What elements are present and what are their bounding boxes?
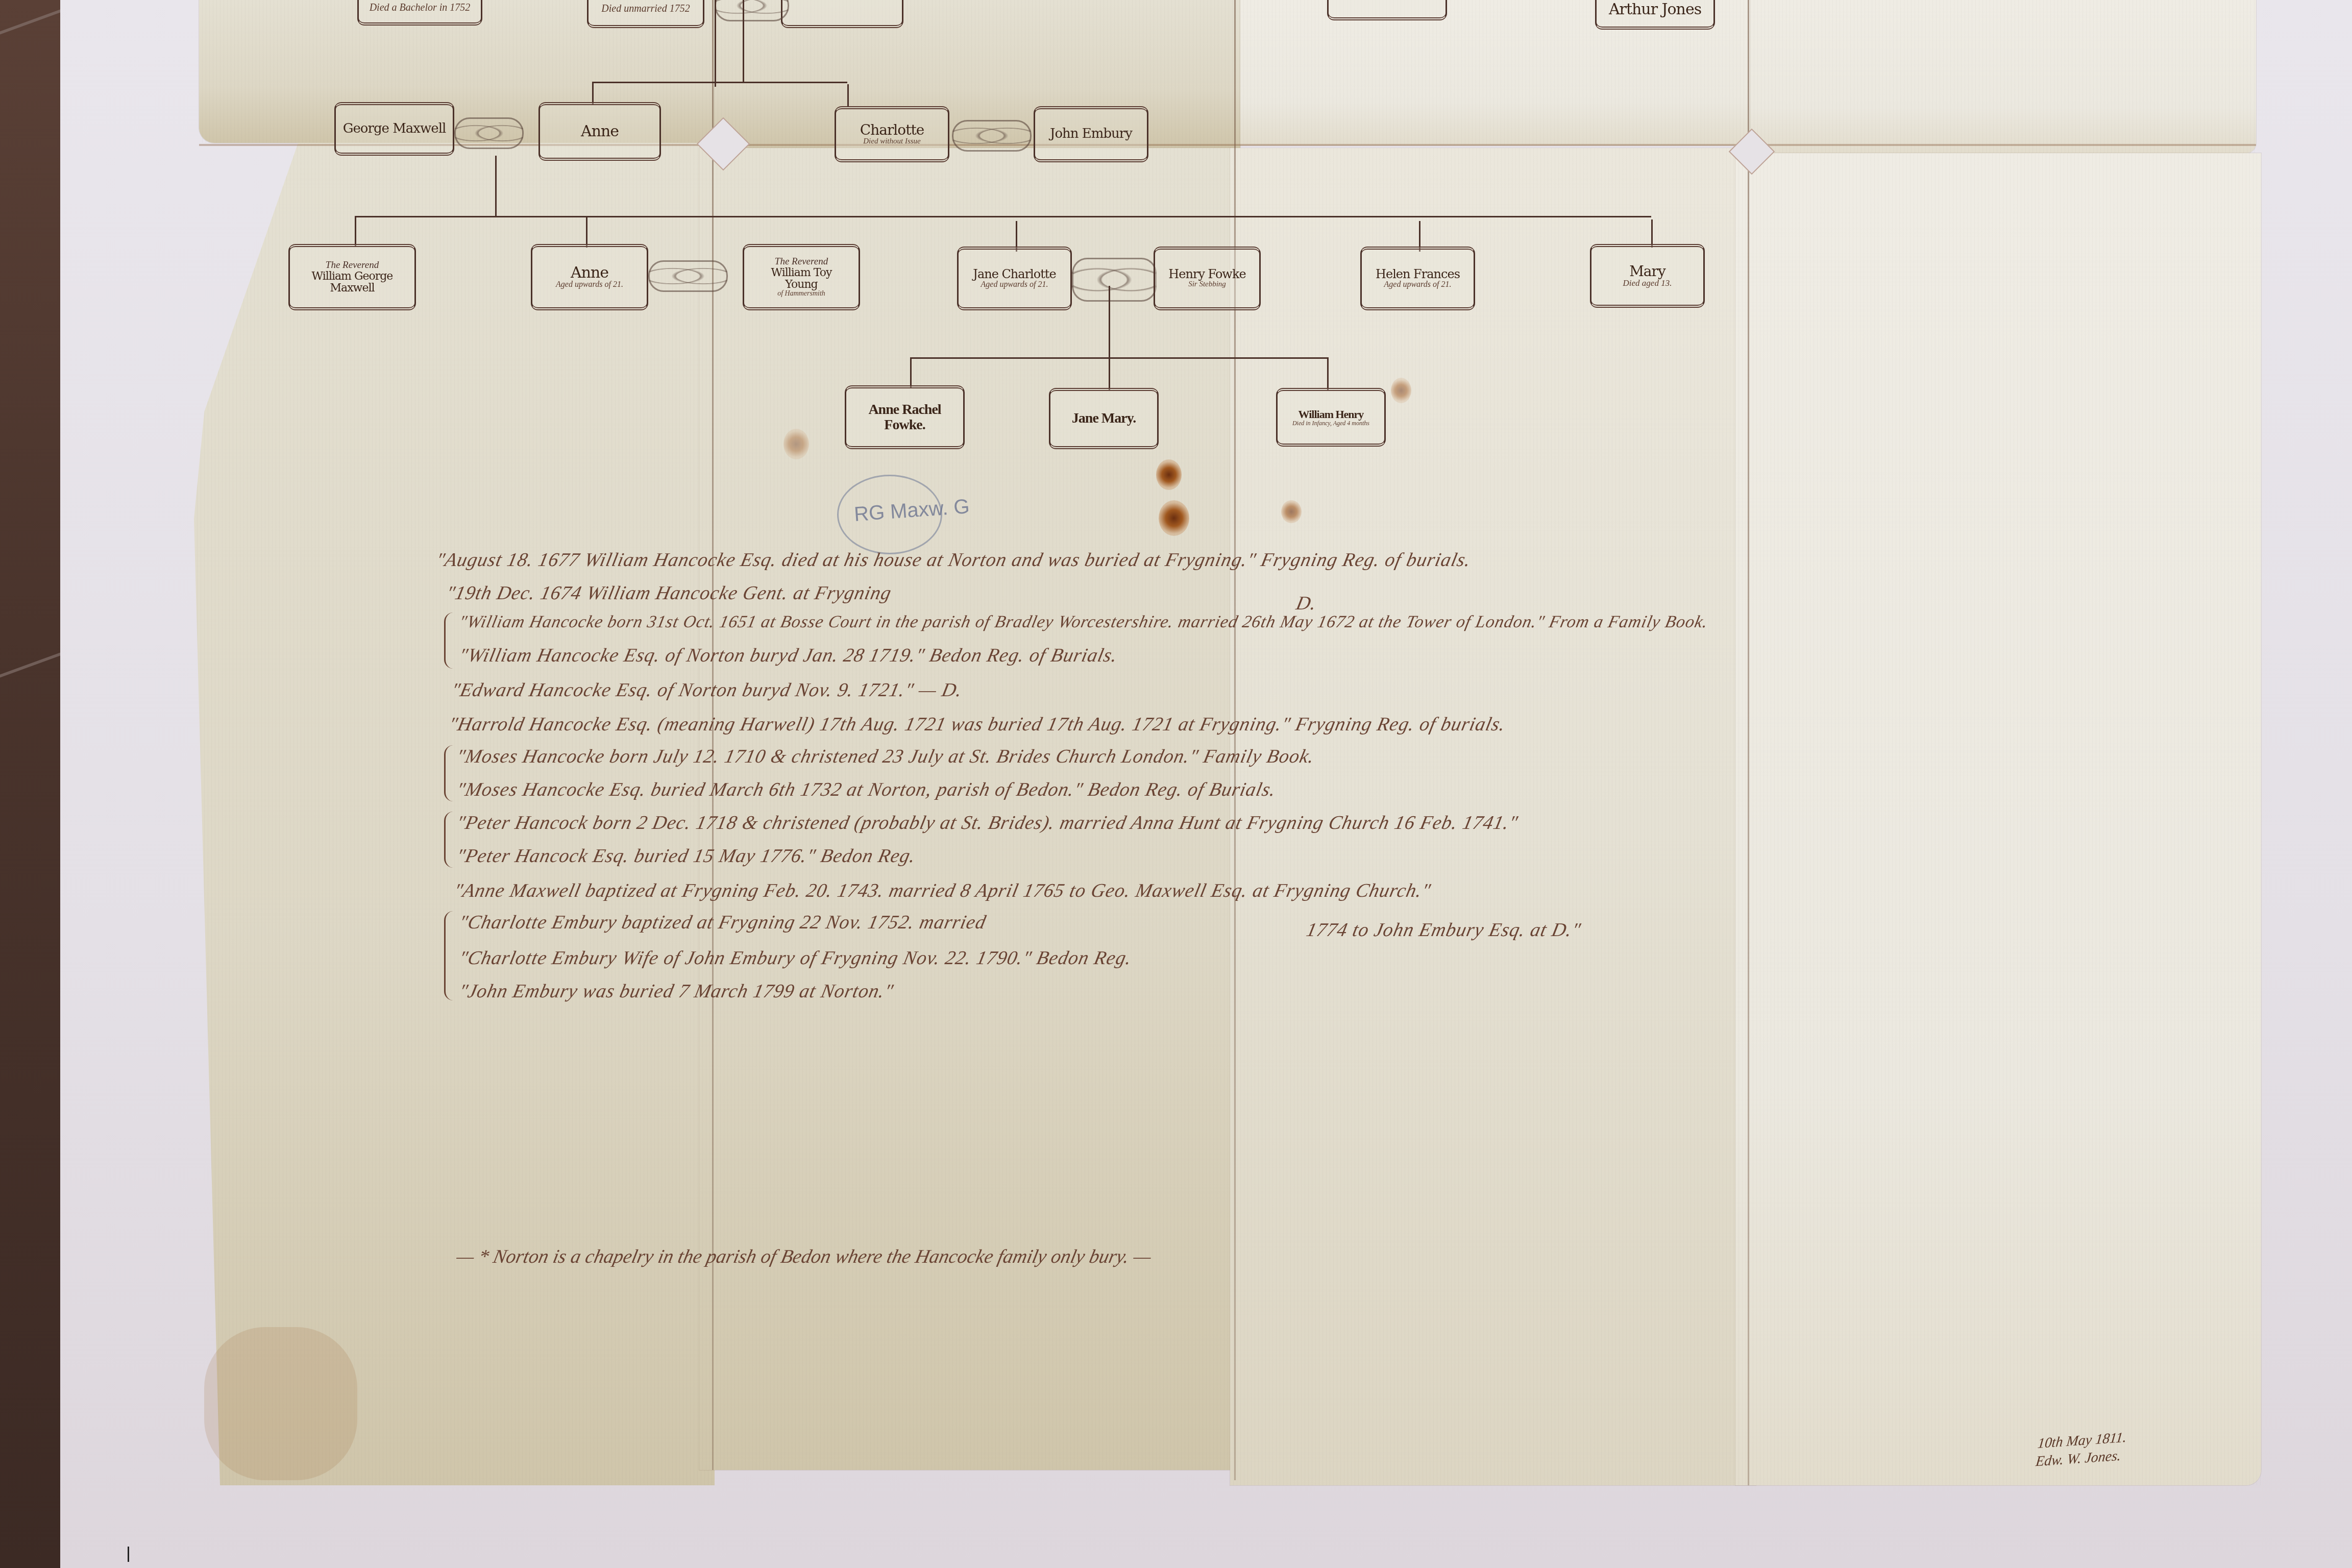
- marriage-knot-icon: [715, 0, 789, 21]
- person-note: of Hammersmith: [777, 290, 825, 298]
- tree-line: [715, 0, 716, 87]
- person-box: [781, 0, 903, 28]
- marriage-knot-icon: [648, 260, 728, 292]
- tree-line: [910, 357, 1329, 359]
- person-note: Aged upwards of 21.: [1384, 281, 1452, 289]
- fold-line: [1748, 0, 1749, 1485]
- paper-panel-top-4: [1751, 0, 2256, 153]
- person-note: Died in Infancy, Aged 4 months: [1292, 420, 1369, 427]
- brace: [444, 812, 454, 868]
- tree-line: [495, 156, 497, 217]
- person-name: Anne: [581, 124, 619, 140]
- person-box-anne: Anne: [538, 102, 661, 161]
- person-box: [1327, 0, 1447, 20]
- paper-panel-2: [699, 148, 1230, 1470]
- note-line: "John Embury was buried 7 March 1799 at …: [457, 980, 895, 1002]
- floor-tile-seam: [0, 10, 60, 35]
- person-note: Sir Stebbing: [1188, 281, 1226, 289]
- person-box: Arthur Jones: [1595, 0, 1715, 30]
- brace: [444, 745, 454, 801]
- person-box-john-embury: John Embury: [1034, 106, 1148, 162]
- person-box-anne-young: Anne Aged upwards of 21.: [531, 244, 648, 310]
- person-name: Helen Frances: [1376, 268, 1460, 281]
- note-line: "Moses Hancocke Esq. buried March 6th 17…: [454, 778, 1278, 801]
- tree-line: [355, 216, 1651, 217]
- person-box-mary: Mary Died aged 13.: [1590, 244, 1705, 308]
- person-name: John Embury: [1050, 127, 1132, 141]
- person-box-charlotte: Charlotte Died without Issue: [835, 106, 949, 162]
- tree-line: [743, 0, 744, 82]
- tree-line: [847, 84, 849, 107]
- floor-tile-seam: [0, 653, 60, 678]
- person-name: George Maxwell: [343, 122, 446, 136]
- person-box-jane-charlotte: Jane Charlotte Aged upwards of 21.: [957, 247, 1072, 310]
- person-name: William Henry: [1298, 408, 1364, 420]
- person-note: Died aged 13.: [1623, 279, 1672, 288]
- note-line: "Harrold Hancocke Esq. (meaning Harwell)…: [447, 713, 1507, 736]
- marriage-knot-icon: [1072, 258, 1157, 302]
- rust-stain: [1281, 500, 1302, 523]
- person-box-william-george-maxwell: The Reverend William George Maxwell: [288, 244, 416, 310]
- note-line: "William Hancocke Esq. of Norton buryd J…: [457, 644, 1119, 667]
- brace: [444, 911, 454, 1000]
- footnote: — * Norton is a chapelry in the parish o…: [454, 1245, 1153, 1268]
- tree-line: [910, 357, 912, 388]
- person-note: Died unmarried 1752: [601, 4, 690, 14]
- person-box-jane-mary: Jane Mary.: [1049, 388, 1159, 449]
- person-name: Anne: [571, 265, 608, 281]
- person-note: Died a Bachelor in 1752: [370, 3, 471, 13]
- paper-panel-4: [1735, 153, 2261, 1485]
- person-name: Mary: [1629, 264, 1665, 279]
- person-name: Anne Rachel Fowke.: [856, 402, 953, 432]
- note-line: "19th Dec. 1674 William Hancocke Gent. a…: [444, 582, 894, 604]
- signature-block: 10th May 1811. Edw. W. Jones.: [2035, 1429, 2127, 1471]
- person-box-william-toy-young: The Reverend William Toy Young of Hammer…: [743, 244, 860, 310]
- person-box: Died unmarried 1752: [587, 0, 704, 28]
- brace: [444, 612, 454, 669]
- note-line: "Edward Hancocke Esq. of Norton buryd No…: [449, 679, 964, 701]
- person-name: Jane Mary.: [1072, 411, 1136, 426]
- tree-line: [355, 216, 356, 247]
- note-line: "August 18. 1677 William Hancocke Esq. d…: [434, 549, 1473, 571]
- person-prefix: The Reverend: [326, 260, 379, 271]
- tree-line: [1109, 357, 1110, 390]
- note-line: "Peter Hancock Esq. buried 15 May 1776."…: [454, 845, 918, 867]
- tree-line: [592, 82, 594, 105]
- person-name: Jane Charlotte: [973, 268, 1056, 281]
- person-name: William Toy Young: [758, 267, 845, 290]
- mark: [128, 1547, 129, 1562]
- person-box: Died a Bachelor in 1752: [357, 0, 482, 26]
- tree-line: [1109, 286, 1110, 357]
- tree-line: [586, 217, 587, 248]
- person-note: Died without Issue: [863, 138, 921, 146]
- note-line: "Peter Hancock born 2 Dec. 1718 & christ…: [454, 812, 1520, 834]
- marriage-knot-icon: [454, 117, 524, 149]
- tree-line: [1327, 357, 1329, 390]
- note-line: "Moses Hancocke born July 12. 1710 & chr…: [454, 745, 1316, 768]
- person-box-william-henry: William Henry Died in Infancy, Aged 4 mo…: [1276, 388, 1386, 447]
- rust-stain: [1156, 459, 1182, 490]
- person-name: Arthur Jones: [1609, 2, 1701, 18]
- rust-stain: [1391, 378, 1411, 403]
- person-name: Henry Fowke: [1168, 268, 1245, 281]
- note-line: "Anne Maxwell baptized at Frygning Feb. …: [452, 879, 1433, 902]
- tree-line: [592, 82, 847, 83]
- rust-stain: [783, 429, 809, 459]
- marriage-knot-icon: [952, 120, 1032, 152]
- rust-stain: [1159, 500, 1189, 536]
- person-box-helen-frances: Helen Frances Aged upwards of 21.: [1360, 247, 1475, 310]
- floor-background: [0, 0, 60, 1568]
- person-box-george-maxwell: George Maxwell: [334, 102, 454, 156]
- person-name: William George Maxwell: [301, 271, 403, 294]
- person-name: Charlotte: [860, 122, 924, 137]
- person-box-henry-fowke: Henry Fowke Sir Stebbing: [1154, 247, 1261, 310]
- person-box-anne-rachel-fowke: Anne Rachel Fowke.: [845, 385, 965, 449]
- note-line: "Charlotte Embury Wife of John Embury of…: [457, 947, 1134, 969]
- fold-line: [1234, 0, 1236, 1480]
- note-line: "Charlotte Embury baptized at Frygning 2…: [457, 911, 988, 934]
- note-line: 1774 to John Embury Esq. at D.": [1304, 919, 1583, 941]
- age-stain: [204, 1327, 357, 1480]
- note-line: "William Hancocke born 31st Oct. 1651 at…: [457, 612, 1710, 632]
- pencil-archive-mark: RG Maxw. G: [837, 475, 942, 554]
- person-prefix: The Reverend: [775, 257, 828, 267]
- person-note: Aged upwards of 21.: [981, 281, 1048, 289]
- tree-line: [1651, 219, 1653, 248]
- person-note: Aged upwards of 21.: [556, 281, 623, 289]
